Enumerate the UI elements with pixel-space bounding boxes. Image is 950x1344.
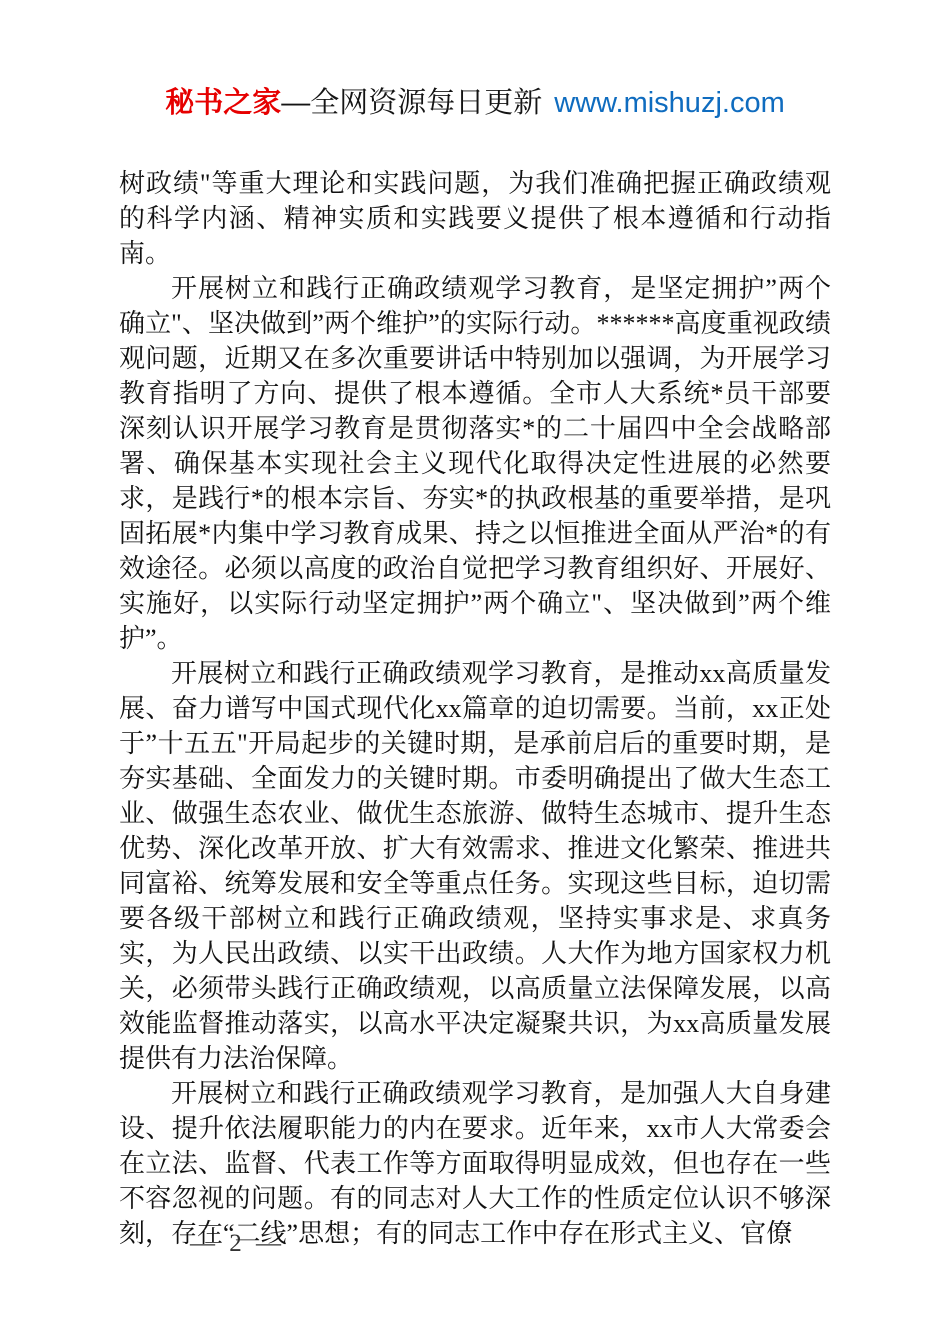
- site-header: 秘书之家—全网资源每日更新www.mishuzj.com: [0, 84, 950, 122]
- page-footer: — 2 —: [190, 1230, 285, 1258]
- document-body: 树政绩"等重大理论和实践问题，为我们准确把握正确政绩观的科学内涵、精神实质和实践…: [119, 166, 831, 1251]
- site-tagline: —全网资源每日更新: [281, 87, 542, 119]
- page-number: — 2 —: [190, 1230, 285, 1257]
- paragraph: 开展树立和践行正确政绩观学习教育，是坚定拥护”两个确立"、坚决做到”两个维护”的…: [119, 271, 831, 656]
- site-brand: 秘书之家: [165, 87, 281, 119]
- paragraph: 开展树立和践行正确政绩观学习教育，是推动xx高质量发展、奋力谱写中国式现代化xx…: [119, 656, 831, 1076]
- paragraph: 开展树立和践行正确政绩观学习教育，是加强人大自身建设、提升依法履职能力的内在要求…: [119, 1076, 831, 1251]
- site-url-link[interactable]: www.mishuzj.com: [554, 87, 784, 119]
- document-page: 秘书之家—全网资源每日更新www.mishuzj.com 树政绩"等重大理论和实…: [0, 0, 950, 1344]
- paragraph-continuation: 树政绩"等重大理论和实践问题，为我们准确把握正确政绩观的科学内涵、精神实质和实践…: [119, 166, 831, 271]
